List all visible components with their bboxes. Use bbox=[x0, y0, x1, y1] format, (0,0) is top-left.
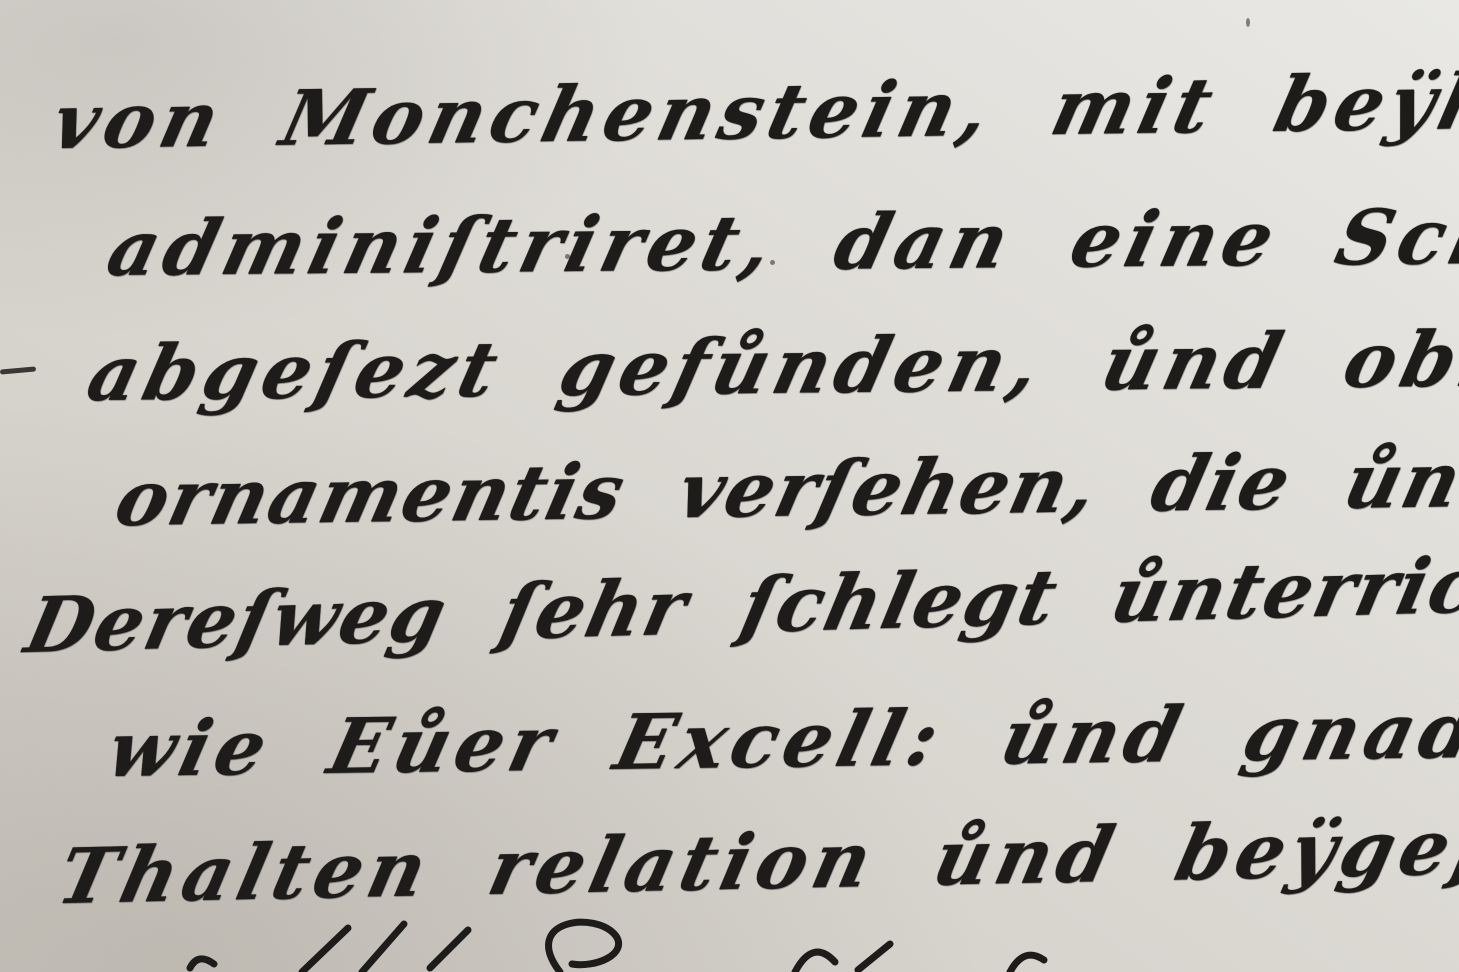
manuscript-line-5: Dereſweg ſehr ſchlegt ůnterrichtet bbox=[18, 536, 1459, 670]
manuscript-line-6: wie Eůer Excell: ůnd gnaden bbox=[100, 685, 1459, 793]
ink-speck bbox=[1246, 18, 1250, 27]
manuscript-line-4: ornamentis verſehen, die ůnterthan bbox=[108, 431, 1459, 542]
ink-speck bbox=[770, 260, 775, 265]
cutoff-line-fragment bbox=[0, 902, 1459, 972]
manuscript-line-2: adminiſtriret, dan eine Schlos bbox=[99, 191, 1459, 292]
manuscript-page: von Monchenstein, mit beÿhilf adminiſtri… bbox=[0, 0, 1459, 972]
ink-speck bbox=[565, 254, 570, 259]
margin-stroke-mark bbox=[0, 366, 36, 374]
manuscript-line-3: abgeſezt gefůnden, ůnd obberü bbox=[80, 313, 1459, 417]
manuscript-line-1: von Monchenstein, mit beÿhilf bbox=[45, 56, 1459, 165]
